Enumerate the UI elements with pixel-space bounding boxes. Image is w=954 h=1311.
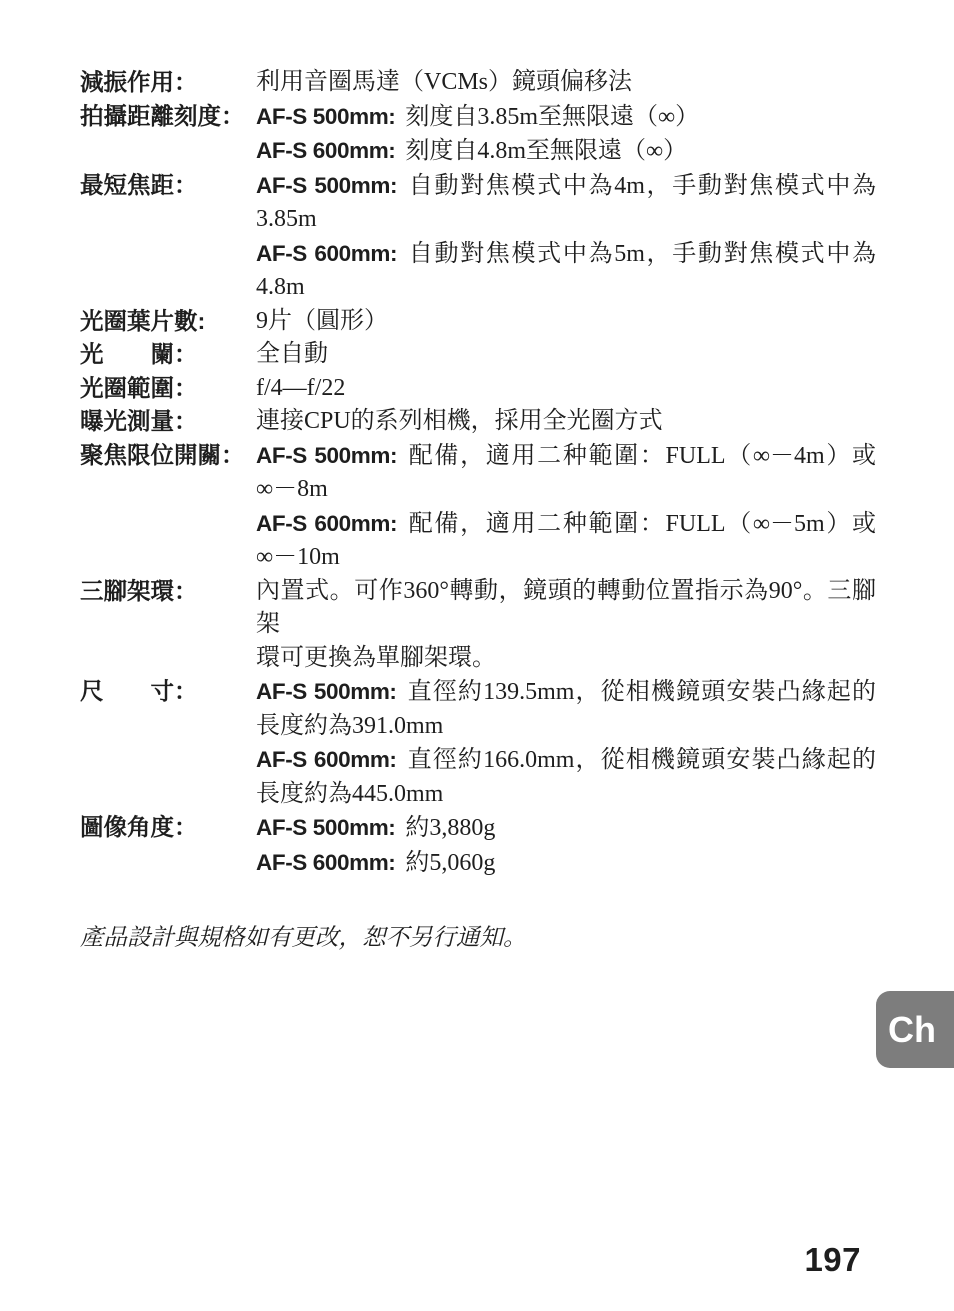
- spec-values: 連接CPU的系列相機，採用全光圈方式: [256, 405, 876, 439]
- lens-model-prefix: AF-S 500mm:: [256, 679, 397, 704]
- spec-values: AF-S 500mm:刻度自3.85m至無限遠（∞）AF-S 600mm:刻度自…: [256, 100, 876, 169]
- spec-row: 最短焦距： AF-S 500mm:自動對焦模式中為4m，手動對焦模式中為3.85…: [80, 169, 876, 305]
- spec-values: f/4—f/22: [256, 372, 876, 406]
- spec-line: AF-S 500mm:約3,880g: [256, 811, 876, 846]
- spec-label: 減振作用：: [80, 66, 256, 100]
- spec-line: AF-S 600mm:刻度自4.8m至無限遠（∞）: [256, 134, 876, 169]
- spec-values: AF-S 500mm:約3,880gAF-S 600mm:約5,060g: [256, 811, 876, 880]
- spec-row: 三腳架環： 內置式。可作360°轉動，鏡頭的轉動位置指示為90°。三腳架環可更換…: [80, 575, 876, 676]
- spec-label: 光圈葉片數:: [80, 305, 256, 339]
- spec-text: 自動對焦模式中為4m，手動對焦模式中為: [407, 173, 876, 199]
- spec-line: AF-S 600mm:配備，適用二种範圍：FULL（∞－5m）或: [256, 507, 876, 542]
- spec-text: 長度約為445.0mm: [256, 781, 443, 807]
- spec-line: 9片（圓形）: [256, 305, 876, 339]
- spec-line: AF-S 500mm:自動對焦模式中為4m，手動對焦模式中為: [256, 169, 876, 204]
- spec-section: 減振作用： 利用音圈馬達（VCMs）鏡頭偏移法 拍攝距離刻度： AF-S 500…: [80, 66, 876, 956]
- spec-text: 利用音圈馬達（VCMs）鏡頭偏移法: [256, 69, 632, 95]
- spec-text: 約3,880g: [405, 815, 495, 841]
- spec-line: 連接CPU的系列相機，採用全光圈方式: [256, 405, 876, 439]
- spec-text: 連接CPU的系列相機，採用全光圈方式: [256, 408, 663, 434]
- spec-row: 光圈範圍： f/4—f/22: [80, 372, 876, 406]
- spec-values: 內置式。可作360°轉動，鏡頭的轉動位置指示為90°。三腳架環可更換為單腳架環。: [256, 575, 876, 676]
- lens-model-prefix: AF-S 600mm:: [256, 747, 397, 772]
- spec-text: ∞－10m: [256, 544, 340, 570]
- spec-text: 直徑約166.0mm，從相機鏡頭安裝凸緣起的: [407, 747, 876, 773]
- spec-row: 曝光測量： 連接CPU的系列相機，採用全光圈方式: [80, 405, 876, 439]
- spec-values: AF-S 500mm:自動對焦模式中為4m，手動對焦模式中為3.85mAF-S …: [256, 169, 876, 305]
- spec-line: 利用音圈馬達（VCMs）鏡頭偏移法: [256, 66, 876, 100]
- spec-row: 光 闌： 全自動: [80, 338, 876, 372]
- spec-text: 配備，適用二种範圍：FULL（∞－4m）或: [407, 443, 876, 469]
- spec-line: AF-S 600mm:自動對焦模式中為5m，手動對焦模式中為: [256, 237, 876, 272]
- spec-row: 拍攝距離刻度： AF-S 500mm:刻度自3.85m至無限遠（∞）AF-S 6…: [80, 100, 876, 169]
- lens-model-prefix: AF-S 500mm:: [256, 173, 397, 198]
- spec-label: 光圈範圍：: [80, 372, 256, 406]
- lens-model-prefix: AF-S 500mm:: [256, 104, 395, 129]
- spec-line: AF-S 500mm:直徑約139.5mm，從相機鏡頭安裝凸緣起的: [256, 675, 876, 710]
- spec-line: ∞－10m: [256, 541, 876, 575]
- spec-values: AF-S 500mm:配備，適用二种範圍：FULL（∞－4m）或∞－8mAF-S…: [256, 439, 876, 575]
- spec-values: 利用音圈馬達（VCMs）鏡頭偏移法: [256, 66, 876, 100]
- spec-text: 全自動: [256, 341, 328, 367]
- spec-line: 全自動: [256, 338, 876, 372]
- spec-text: 自動對焦模式中為5m，手動對焦模式中為: [407, 241, 876, 267]
- spec-text: 環可更換為單腳架環。: [256, 645, 496, 671]
- spec-text: 長度約為391.0mm: [256, 713, 443, 739]
- spec-line: AF-S 600mm:直徑約166.0mm，從相機鏡頭安裝凸緣起的: [256, 743, 876, 778]
- spec-label: 尺 寸：: [80, 675, 256, 709]
- spec-text: 內置式。可作360°轉動，鏡頭的轉動位置指示為90°。三腳架: [256, 578, 876, 638]
- spec-line: f/4—f/22: [256, 372, 876, 406]
- spec-label: 聚焦限位開關：: [80, 439, 256, 473]
- lens-model-prefix: AF-S 600mm:: [256, 138, 395, 163]
- spec-line: ∞－8m: [256, 473, 876, 507]
- language-tab-ch: Ch: [876, 991, 954, 1068]
- spec-row: 減振作用： 利用音圈馬達（VCMs）鏡頭偏移法: [80, 66, 876, 100]
- spec-line: 環可更換為單腳架環。: [256, 642, 876, 676]
- spec-text: 9片（圓形）: [256, 308, 388, 334]
- spec-text: 4.8m: [256, 274, 305, 300]
- spec-row: 圖像角度： AF-S 500mm:約3,880gAF-S 600mm:約5,06…: [80, 811, 876, 880]
- manual-page: 減振作用： 利用音圈馬達（VCMs）鏡頭偏移法 拍攝距離刻度： AF-S 500…: [0, 0, 954, 1311]
- spec-table: 減振作用： 利用音圈馬達（VCMs）鏡頭偏移法 拍攝距離刻度： AF-S 500…: [80, 66, 876, 880]
- spec-text: f/4—f/22: [256, 375, 345, 401]
- spec-values: 9片（圓形）: [256, 305, 876, 339]
- spec-line: AF-S 600mm:約5,060g: [256, 846, 876, 881]
- language-tab-label: Ch: [888, 1012, 936, 1048]
- spec-line: 長度約為391.0mm: [256, 710, 876, 744]
- spec-label: 拍攝距離刻度：: [80, 100, 256, 134]
- lens-model-prefix: AF-S 600mm:: [256, 241, 397, 266]
- spec-row: 光圈葉片數: 9片（圓形）: [80, 305, 876, 339]
- spec-label: 光 闌：: [80, 338, 256, 372]
- lens-model-prefix: AF-S 500mm:: [256, 443, 397, 468]
- spec-text: 3.85m: [256, 206, 317, 232]
- spec-label: 曝光測量：: [80, 405, 256, 439]
- spec-line: 內置式。可作360°轉動，鏡頭的轉動位置指示為90°。三腳架: [256, 575, 876, 642]
- spec-line: 4.8m: [256, 271, 876, 305]
- spec-text: 約5,060g: [405, 850, 495, 876]
- disclaimer-note: 產品設計與規格如有更改，恕不另行通知。: [80, 922, 876, 956]
- spec-line: 長度約為445.0mm: [256, 778, 876, 812]
- spec-line: 3.85m: [256, 203, 876, 237]
- spec-values: 全自動: [256, 338, 876, 372]
- spec-row: 聚焦限位開關： AF-S 500mm:配備，適用二种範圍：FULL（∞－4m）或…: [80, 439, 876, 575]
- spec-line: AF-S 500mm:配備，適用二种範圍：FULL（∞－4m）或: [256, 439, 876, 474]
- spec-label: 圖像角度：: [80, 811, 256, 845]
- spec-row: 尺 寸： AF-S 500mm:直徑約139.5mm，從相機鏡頭安裝凸緣起的長度…: [80, 675, 876, 811]
- spec-text: 刻度自3.85m至無限遠（∞）: [405, 104, 699, 130]
- spec-label: 最短焦距：: [80, 169, 256, 203]
- lens-model-prefix: AF-S 600mm:: [256, 850, 395, 875]
- spec-text: 刻度自4.8m至無限遠（∞）: [405, 138, 687, 164]
- spec-text: 直徑約139.5mm，從相機鏡頭安裝凸緣起的: [407, 679, 876, 705]
- spec-text: ∞－8m: [256, 476, 328, 502]
- spec-values: AF-S 500mm:直徑約139.5mm，從相機鏡頭安裝凸緣起的長度約為391…: [256, 675, 876, 811]
- lens-model-prefix: AF-S 500mm:: [256, 815, 395, 840]
- spec-text: 配備，適用二种範圍：FULL（∞－5m）或: [407, 511, 876, 537]
- spec-line: AF-S 500mm:刻度自3.85m至無限遠（∞）: [256, 100, 876, 135]
- spec-label: 三腳架環：: [80, 575, 256, 609]
- lens-model-prefix: AF-S 600mm:: [256, 511, 397, 536]
- page-number: 197: [804, 1241, 861, 1279]
